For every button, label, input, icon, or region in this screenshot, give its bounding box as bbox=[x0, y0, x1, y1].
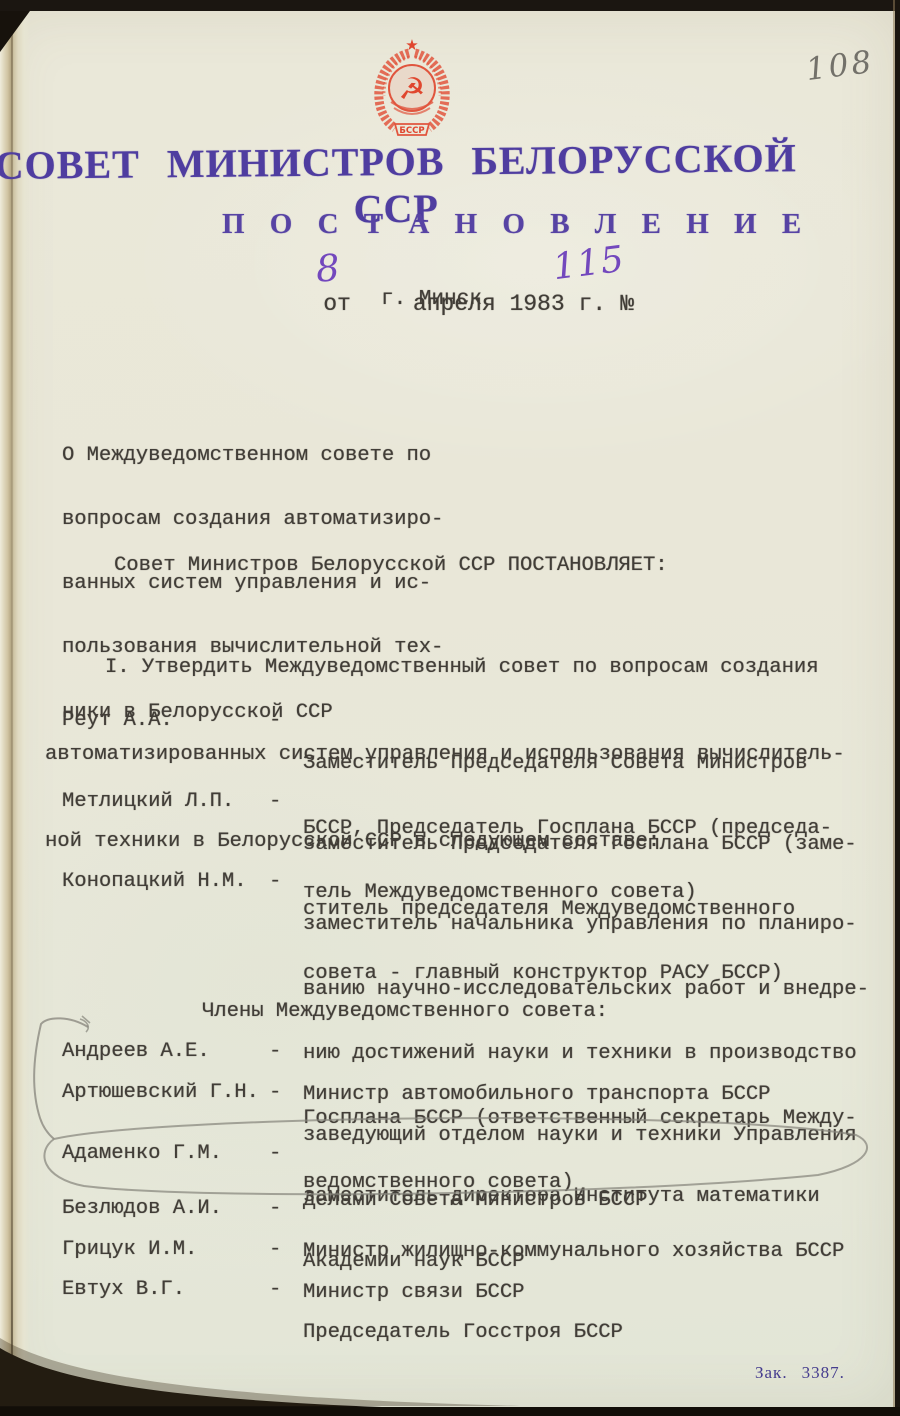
resolution-line: Совет Министров Белорусской ССР ПОСТАНОВ… bbox=[114, 554, 668, 577]
row-dash: - bbox=[269, 871, 281, 893]
row-dash: - bbox=[269, 1082, 281, 1104]
member-name: Безлюдов А.И. bbox=[62, 1198, 222, 1220]
scan-border-top bbox=[0, 0, 900, 11]
role-line: заместитель начальника управления по пла… bbox=[303, 914, 869, 936]
scan-border-right bbox=[895, 0, 900, 1416]
row-dash: - bbox=[269, 1198, 281, 1220]
officer-name: Конопацкий Н.М. bbox=[62, 871, 247, 893]
row-dash: - bbox=[269, 1041, 281, 1063]
officer-row: Конопацкий Н.М. - заместитель начальника… bbox=[0, 871, 900, 979]
member-name: Андреев А.Е. bbox=[62, 1041, 210, 1063]
hammer-and-sickle-icon: ☭ bbox=[399, 72, 426, 107]
row-dash: - bbox=[269, 710, 281, 732]
member-name: Артюшевский Г.Н. bbox=[62, 1082, 259, 1104]
order-label: Зак. bbox=[755, 1363, 788, 1382]
member-name: Грицук И.М. bbox=[62, 1239, 197, 1261]
coat-of-arms-bssr-icon: ★ ☭ БССР bbox=[366, 36, 458, 138]
subject-line: О Междуведомственном совете по bbox=[62, 445, 443, 466]
row-dash: - bbox=[269, 791, 281, 813]
role-line: ванию научно-исследовательских работ и в… bbox=[303, 979, 869, 1001]
role-line: Председатель Госстроя БССР bbox=[303, 1322, 623, 1344]
handwritten-day: 8 bbox=[315, 246, 341, 291]
order-number: 3387. bbox=[802, 1363, 845, 1382]
subject-line: вопросам создания автоматизиро- bbox=[62, 509, 443, 530]
emblem-ribbon-label: БССР bbox=[399, 126, 424, 136]
scanned-document-page: ★ ☭ БССР 108 СОВЕТ МИНИСТРОВ БЕЛОРУССКОЙ… bbox=[0, 0, 900, 1416]
role-line: Заместитель Председателя Совета Министро… bbox=[303, 753, 832, 775]
date-prefix: от bbox=[323, 291, 351, 317]
number-sign: № bbox=[620, 291, 634, 317]
city-line: г. Минск bbox=[381, 288, 482, 311]
handwritten-doc-number: 115 bbox=[551, 239, 627, 288]
print-order-number: Зак.3387. bbox=[755, 1363, 845, 1383]
role-line: заместитель Председателя Госплана БССР (… bbox=[303, 834, 857, 856]
scan-border-bottom bbox=[0, 1407, 900, 1416]
officer-name: Реут А.А. bbox=[62, 710, 173, 732]
emblem-star-icon: ★ bbox=[405, 36, 418, 54]
officer-name: Метлицкий Л.П. bbox=[62, 791, 234, 813]
member-name: Евтух В.Г. bbox=[62, 1279, 185, 1301]
member-role: Председатель Госстроя БССР bbox=[303, 1279, 623, 1387]
document-type-heading: П О С Т А Н О В Л Е Н И Е bbox=[222, 208, 810, 241]
members-heading: Члены Междуведомственного совета: bbox=[202, 1000, 608, 1023]
item-1-line: I. Утвердить Междуведомственный совет по… bbox=[45, 653, 845, 682]
row-dash: - bbox=[269, 1143, 281, 1165]
member-name: Адаменко Г.М. bbox=[62, 1143, 222, 1165]
row-dash: - bbox=[269, 1239, 281, 1261]
row-dash: - bbox=[269, 1279, 281, 1301]
